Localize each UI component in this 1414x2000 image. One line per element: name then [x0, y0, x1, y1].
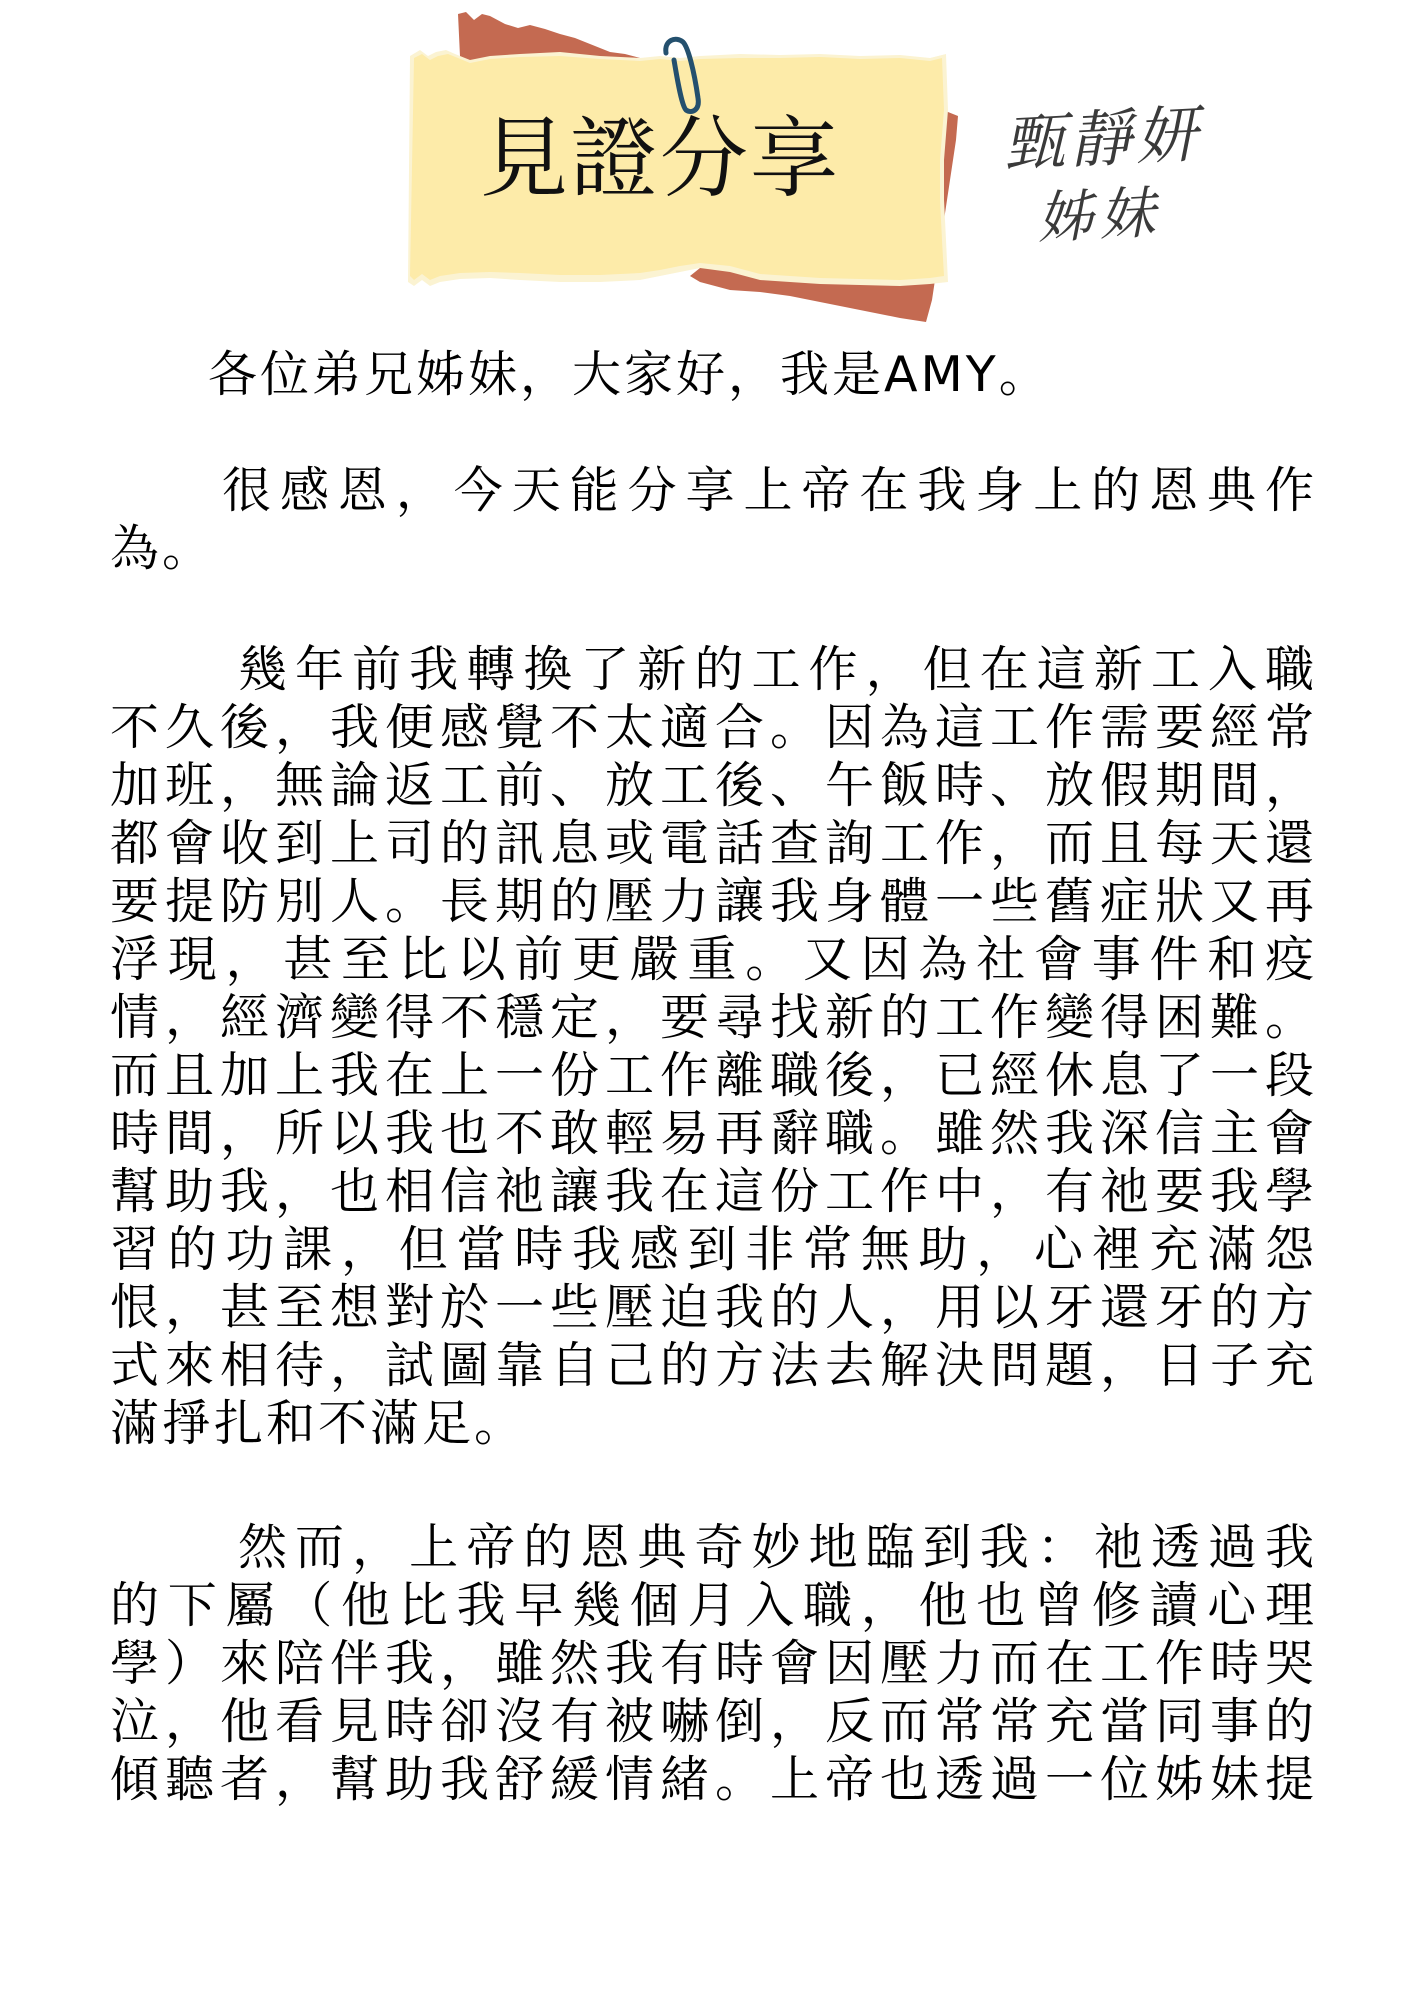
paragraph-3-line-8: 而且加上我在上一份工作離職後，已經休息了一段 [110, 1047, 1314, 1105]
paragraph-3-line-12: 恨，甚至想對於一些壓迫我的人，用以牙還牙的方 [110, 1279, 1314, 1337]
paragraph-4-line-1: 然而，上帝的恩典奇妙地臨到我：祂透過我 [110, 1519, 1314, 1577]
signature-name: 甄靜妍 [1001, 90, 1255, 187]
paragraph-3-line-13: 式來相待，試圖靠自己的方法去解決問題，日子充 [110, 1337, 1314, 1395]
paragraph-4-line-3: 學）來陪伴我，雖然我有時會因壓力而在工作時哭 [110, 1635, 1314, 1693]
paragraph-3-line-9: 時間，所以我也不敢輕易再辭職。雖然我深信主會 [110, 1105, 1314, 1163]
paragraph-3-line-7: 情，經濟變得不穩定，要尋找新的工作變得困難。 [110, 989, 1314, 1047]
paragraph-3-line-3: 加班，無論返工前、放工後、午飯時、放假期間， [110, 757, 1314, 815]
paragraph-1-line-1: 各位弟兄姊妹，大家好，我是AMY。 [110, 346, 1314, 404]
paragraph-2-line-2: 為。 [110, 520, 1314, 578]
page-title: 見證分享 [480, 104, 880, 214]
paragraph-3-line-14: 滿掙扎和不滿足。 [110, 1395, 1314, 1453]
paragraph-3-line-2: 不久後，我便感覺不太適合。因為這工作需要經常 [110, 699, 1314, 757]
paragraph-2-line-1: 很感恩，今天能分享上帝在我身上的恩典作 [110, 462, 1314, 520]
paragraph-3-line-6: 浮現，甚至比以前更嚴重。又因為社會事件和疫 [110, 931, 1314, 989]
paragraph-4-line-4: 泣，他看見時卻沒有被嚇倒，反而常常充當同事的 [110, 1693, 1314, 1751]
author-signature: 甄靜妍 姊妹 [1001, 90, 1259, 257]
paragraph-3-line-1: 幾年前我轉換了新的工作，但在這新工入職 [110, 641, 1314, 699]
paragraph-3-line-5: 要提防別人。長期的壓力讓我身體一些舊症狀又再 [110, 873, 1314, 931]
paragraph-4-line-2: 的下屬（他比我早幾個月入職，他也曾修讀心理 [110, 1577, 1314, 1635]
paragraph-3-line-4: 都會收到上司的訊息或電話查詢工作，而且每天還 [110, 815, 1314, 873]
signature-title: 姊妹 [1006, 173, 1259, 256]
paragraph-3-line-11: 習的功課，但當時我感到非常無助，心裡充滿怨 [110, 1221, 1314, 1279]
paragraph-4-line-5: 傾聽者，幫助我舒緩情緒。上帝也透過一位姊妹提 [110, 1751, 1314, 1809]
paragraph-3-line-10: 幫助我，也相信祂讓我在這份工作中，有祂要我學 [110, 1163, 1314, 1221]
